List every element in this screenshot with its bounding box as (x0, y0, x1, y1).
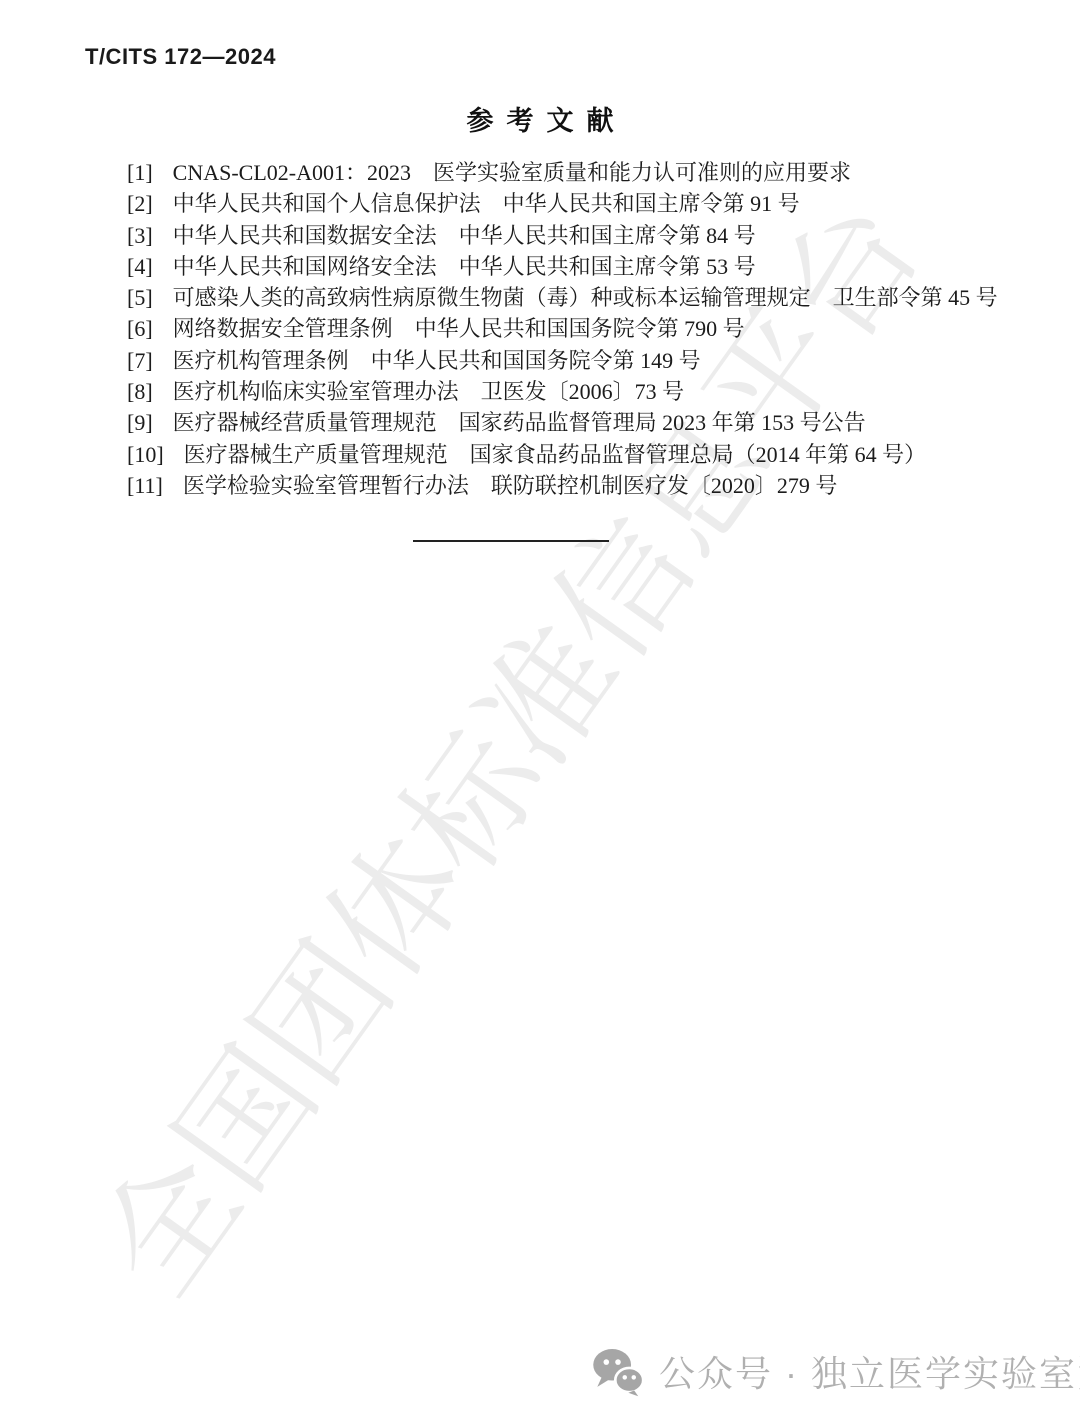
reference-number: [8] (127, 376, 153, 407)
reference-item: [9]医疗器械经营质量管理规范 国家药品监督管理局 2023 年第 153 号公… (127, 407, 1060, 438)
reference-item: [11]医学检验实验室管理暂行办法 联防联控机制医疗发〔2020〕279 号 (127, 470, 1060, 501)
reference-number: [3] (127, 220, 153, 251)
reference-item: [1]CNAS-CL02-A001：2023 医学实验室质量和能力认可准则的应用… (127, 157, 1060, 188)
reference-text: 中华人民共和国数据安全法 中华人民共和国主席令第 84 号 (173, 220, 756, 251)
reference-text: 医疗器械生产质量管理规范 国家食品药品监督管理总局（2014 年第 64 号） (184, 439, 927, 470)
reference-number: [11] (127, 470, 163, 501)
reference-text: 可感染人类的高致病性病原微生物菌（毒）种或标本运输管理规定 卫生部令第 45 号 (173, 282, 998, 313)
reference-text: 医疗机构管理条例 中华人民共和国国务院令第 149 号 (173, 345, 701, 376)
reference-number: [10] (127, 439, 164, 470)
reference-text: CNAS-CL02-A001：2023 医学实验室质量和能力认可准则的应用要求 (173, 157, 851, 188)
reference-number: [4] (127, 251, 153, 282)
reference-number: [7] (127, 345, 153, 376)
reference-text: 中华人民共和国个人信息保护法 中华人民共和国主席令第 91 号 (173, 188, 800, 219)
reference-list: [1]CNAS-CL02-A001：2023 医学实验室质量和能力认可准则的应用… (127, 157, 1060, 501)
reference-item: [4]中华人民共和国网络安全法 中华人民共和国主席令第 53 号 (127, 251, 1060, 282)
reference-item: [10]医疗器械生产质量管理规范 国家食品药品监督管理总局（2014 年第 64… (127, 439, 1060, 470)
reference-text: 中华人民共和国网络安全法 中华人民共和国主席令第 53 号 (173, 251, 756, 282)
wechat-official-account-icon (591, 1347, 645, 1397)
reference-text: 医疗机构临床实验室管理办法 卫医发〔2006〕73 号 (173, 376, 685, 407)
reference-number: [6] (127, 313, 153, 344)
footer-account-label: 公众号 · 独立医学实验室资讯 (659, 1346, 1080, 1397)
reference-item: [7]医疗机构管理条例 中华人民共和国国务院令第 149 号 (127, 345, 1060, 376)
footer-banner: 公众号 · 独立医学实验室资讯 (591, 1346, 1080, 1397)
reference-item: [2]中华人民共和国个人信息保护法 中华人民共和国主席令第 91 号 (127, 188, 1060, 219)
reference-text: 网络数据安全管理条例 中华人民共和国国务院令第 790 号 (173, 313, 745, 344)
reference-item: [6]网络数据安全管理条例 中华人民共和国国务院令第 790 号 (127, 313, 1060, 344)
reference-number: [2] (127, 188, 153, 219)
reference-item: [8]医疗机构临床实验室管理办法 卫医发〔2006〕73 号 (127, 376, 1060, 407)
reference-text: 医学检验实验室管理暂行办法 联防联控机制医疗发〔2020〕279 号 (183, 470, 838, 501)
document-page: 全国团体标准信息平台 T/CITS 172—2024 参考文献 [1]CNAS-… (0, 0, 1080, 1414)
reference-item: [3]中华人民共和国数据安全法 中华人民共和国主席令第 84 号 (127, 220, 1060, 251)
reference-number: [5] (127, 282, 153, 313)
reference-number: [9] (127, 407, 153, 438)
reference-number: [1] (127, 157, 153, 188)
reference-text: 医疗器械经营质量管理规范 国家药品监督管理局 2023 年第 153 号公告 (173, 407, 866, 438)
standard-number: T/CITS 172—2024 (85, 44, 276, 70)
page-title: 参考文献 (0, 99, 1080, 138)
end-of-document-rule (413, 540, 609, 542)
reference-item: [5]可感染人类的高致病性病原微生物菌（毒）种或标本运输管理规定 卫生部令第 4… (127, 282, 1060, 313)
